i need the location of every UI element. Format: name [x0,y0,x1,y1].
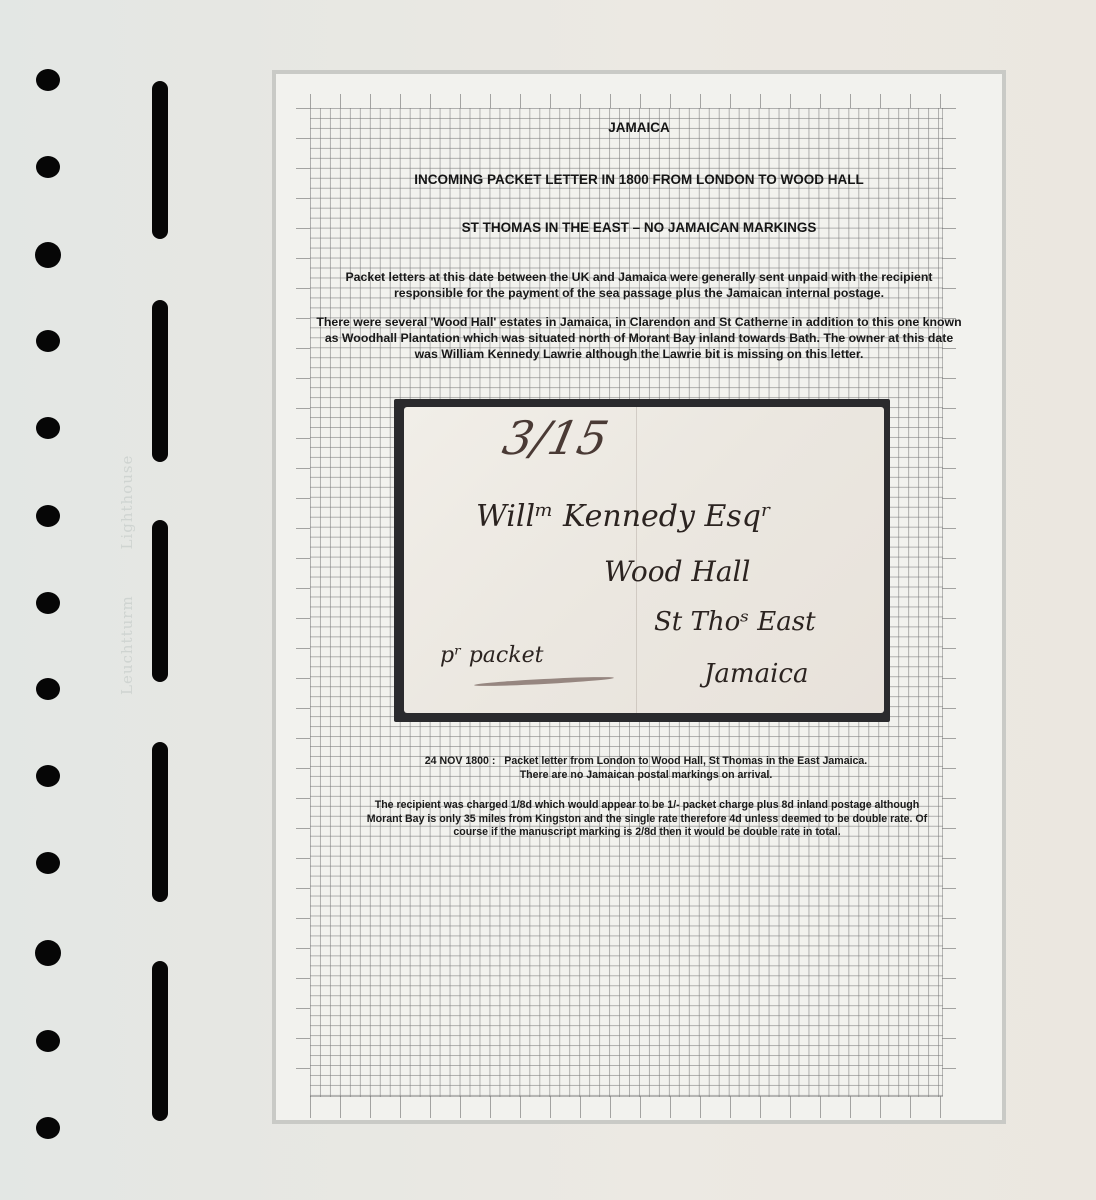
page-title: JAMAICA [276,120,1002,135]
address-line: Wood Hall [604,555,750,588]
binder-bar [152,300,168,462]
binder-hole [35,940,61,966]
binder-hole [36,765,60,787]
address-line: St Thoˢ East [654,607,816,637]
caption-line: Packet letter from London to Wood Hall, … [504,755,867,767]
packet-endorsement: pʳ packet [440,643,543,668]
binder-hole [35,242,61,268]
address-line: Willᵐ Kennedy Esqʳ [476,499,771,534]
page-subtitle: INCOMING PACKET LETTER IN 1800 FROM LOND… [276,172,1002,187]
binder-hole [36,417,60,439]
endorsement-underline [474,675,614,687]
binder-hole [36,852,60,874]
binder-hole [36,156,60,178]
binder-bar [152,520,168,682]
page-content: JAMAICA INCOMING PACKET LETTER IN 1800 F… [276,74,1002,1120]
caption-header: 24 NOV 1800 : Packet letter from London … [376,755,916,782]
manuscript-rate-marking: 3/15 [498,411,613,465]
page-subheading: ST THOMAS IN THE EAST – NO JAMAICAN MARK… [276,220,1002,235]
address-line: Jamaica [704,659,808,689]
caption-line: There are no Jamaican postal markings on… [520,769,773,781]
caption-details: The recipient was charged 1/8d which wou… [366,799,928,840]
intro-paragraph: There were several 'Wood Hall' estates i… [316,314,962,362]
album-page: JAMAICA INCOMING PACKET LETTER IN 1800 F… [272,70,1006,1124]
binder-bar [152,81,168,239]
binder-hole [36,678,60,700]
binder-hole [36,592,60,614]
binder-hole [36,1117,60,1139]
binder-hole [36,330,60,352]
binder-bar [152,961,168,1121]
intro-paragraph: Packet letters at this date between the … [316,269,962,301]
cover-mount: 3/15 Willᵐ Kennedy Esqʳ Wood Hall St Tho… [394,399,890,722]
binder-bar [152,742,168,902]
watermark-text: Lighthouse [118,455,136,550]
cover-date: 24 NOV 1800 : [425,755,496,767]
album-watermark: Leuchtturm Lighthouse [118,455,136,695]
binder-hole [36,1030,60,1052]
entire-letter-cover: 3/15 Willᵐ Kennedy Esqʳ Wood Hall St Tho… [404,407,884,713]
binder-hole [36,505,60,527]
watermark-text: Leuchtturm [118,595,136,695]
binder-hole [36,69,60,91]
